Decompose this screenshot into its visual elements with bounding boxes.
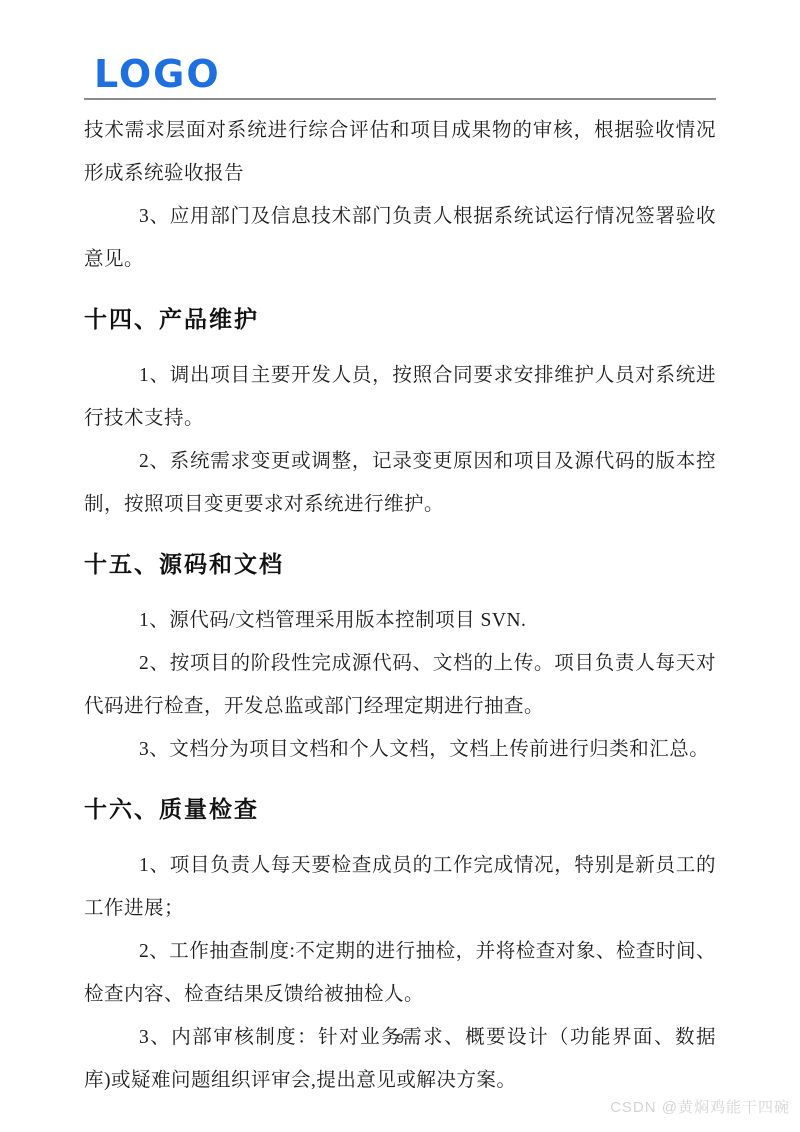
- paragraph-14-1: 1、调出项目主要开发人员，按照合同要求安排维护人员对系统进行技术支持。: [84, 354, 716, 440]
- paragraph-16-1: 1、项目负责人每天要检查成员的工作完成情况，特别是新员工的工作进展；: [84, 844, 716, 930]
- csdn-watermark: CSDN @黄焖鸡能干四碗: [610, 1096, 790, 1117]
- paragraph-15-1: 1、源代码/文档管理采用版本控制项目 SVN.: [84, 599, 716, 642]
- document-page: LOGO 技术需求层面对系统进行综合评估和项目成果物的审核，根据验收情况形成系统…: [0, 0, 800, 1132]
- section-heading-15-source-and-docs: 十五、源码和文档: [84, 542, 716, 588]
- paragraph-15-3: 3、文档分为项目文档和个人文档，文档上传前进行归类和汇总。: [84, 728, 716, 771]
- paragraph-16-3: 3、内部审核制度：针对业务需求、概要设计（功能界面、数据库)或疑难问题组织评审会…: [84, 1016, 716, 1102]
- paragraph-14-2: 2、系统需求变更或调整，记录变更原因和项目及源代码的版本控制，按照项目变更要求对…: [84, 440, 716, 526]
- section-heading-14-product-maintenance: 十四、产品维护: [84, 297, 716, 343]
- paragraph-16-2: 2、工作抽查制度:不定期的进行抽检，并将检查对象、检查时间、检查内容、检查结果反…: [84, 930, 716, 1016]
- section-heading-16-quality-check: 十六、质量检查: [84, 787, 716, 833]
- paragraph-15-2: 2、按项目的阶段性完成源代码、文档的上传。项目负责人每天对代码进行检查，开发总监…: [84, 642, 716, 728]
- paragraph-intro-continuation: 技术需求层面对系统进行综合评估和项目成果物的审核，根据验收情况形成系统验收报告: [84, 109, 716, 195]
- document-body: 技术需求层面对系统进行综合评估和项目成果物的审核，根据验收情况形成系统验收报告 …: [84, 100, 716, 1102]
- company-logo: LOGO: [84, 54, 221, 94]
- paragraph-intro-item3: 3、应用部门及信息技术部门负责人根据系统试运行情况签署验收意见。: [84, 195, 716, 281]
- page-number: 9: [0, 1030, 800, 1046]
- page-header: LOGO: [84, 0, 716, 100]
